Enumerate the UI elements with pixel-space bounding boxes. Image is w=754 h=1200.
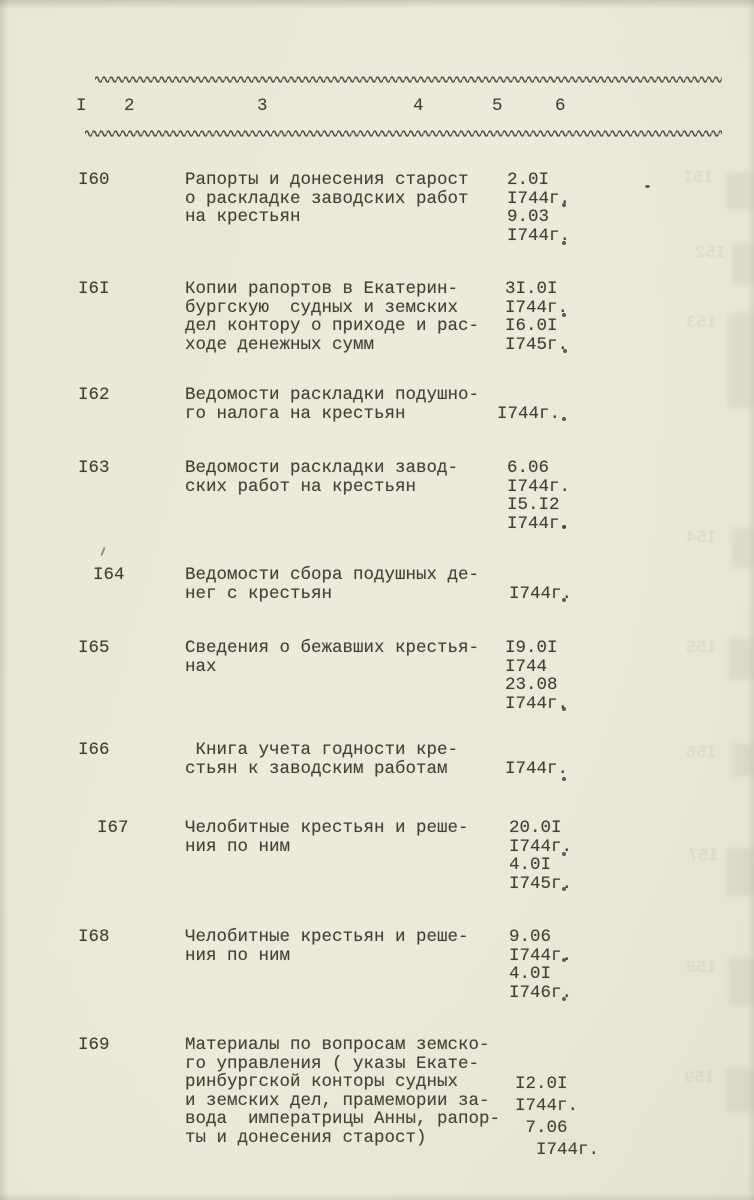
column-label-1: I: [76, 97, 87, 116]
case-description: Челобитные крестьян и реше- ния по ним: [185, 819, 469, 856]
bleed-through-number: I58: [686, 960, 717, 978]
bleed-through-number: I52: [695, 245, 726, 263]
scan-edge-shadow: [747, 0, 754, 1200]
table-row: I64 Ведомости сбора подушных де- нег с к…: [0, 566, 754, 567]
bleed-through-number: I55: [686, 640, 717, 658]
bleed-through-number: I59: [684, 1070, 715, 1088]
case-dates: 20.0I I744г. 4.0I I745г.: [509, 819, 572, 893]
ink-speck: [645, 185, 650, 188]
case-number: I6I: [78, 280, 110, 299]
case-number: I60: [78, 171, 110, 190]
case-description: Челобитные крестьян и реше- ния по ним: [185, 928, 469, 965]
case-number: I64: [93, 566, 125, 585]
case-number: I65: [78, 639, 110, 658]
ink-speck: [562, 887, 566, 891]
case-dates: 2.0I I744г. 9.03 I744г.: [507, 171, 570, 245]
table-row: I69 Материалы по вопросам земско- го упр…: [0, 1036, 754, 1037]
case-number: I62: [78, 386, 110, 405]
bleed-through-number: I57: [688, 848, 719, 866]
scan-edge-shadow: [0, 0, 9, 1200]
scanned-page: I 2 3 4 5 6 I60 Рапорты и донесения стар…: [0, 0, 754, 1200]
column-label-6: 6: [555, 97, 566, 116]
column-label-3: 3: [257, 97, 268, 116]
ink-speck: [562, 777, 566, 781]
case-description: Материалы по вопросам земско- го управле…: [185, 1036, 500, 1147]
ink-speck: [562, 958, 566, 962]
table-row: I60 Рапорты и донесения старост о раскла…: [0, 171, 754, 172]
ink-speck: [562, 525, 566, 529]
case-description: Сведения о бежавших крестья- нах: [185, 639, 479, 676]
case-dates: I2.0I I744г. 7.06 I744г.: [515, 1073, 599, 1161]
case-dates: I9.0I I744 23.08 I744г.: [505, 639, 568, 713]
case-number: I67: [97, 819, 129, 838]
column-label-4: 4: [413, 97, 424, 116]
case-description: Ведомости раскладки подушно- го налога н…: [185, 386, 479, 423]
wavy-rule-bottom: [85, 127, 722, 137]
ink-speck: [562, 313, 566, 317]
case-dates: I744г.: [505, 760, 568, 779]
table-row: I68 Челобитные крестьян и реше- ния по н…: [0, 928, 754, 929]
case-number: I66: [78, 741, 110, 760]
bleed-through-number: I56: [686, 745, 717, 763]
column-label-5: 5: [492, 97, 503, 116]
table-row: I65 Сведения о бежавших крестья- нах I9.…: [0, 639, 754, 640]
ink-speck: [562, 241, 566, 245]
case-number: I63: [78, 459, 110, 478]
case-description: Рапорты и донесения старост о раскладке …: [185, 171, 469, 227]
scan-edge-shadow: [0, 1193, 754, 1200]
table-row: I62 Ведомости раскладки подушно- го нало…: [0, 386, 754, 387]
table-row: I66 Книга учета годности кре- стьян к за…: [0, 741, 754, 742]
ink-speck: [562, 417, 566, 421]
case-description: Ведомости раскладки завод- ских работ на…: [185, 459, 458, 496]
case-number: I68: [78, 928, 110, 947]
case-dates: 3I.0I I744г. I6.0I I745г.: [505, 280, 568, 354]
pen-tick-mark: [100, 547, 105, 556]
column-label-2: 2: [124, 97, 135, 116]
wavy-rule-top: [95, 73, 722, 83]
case-number: I69: [78, 1036, 110, 1055]
bleed-through-number: I53: [686, 315, 717, 333]
ink-speck: [562, 707, 566, 711]
bleed-through-number: I54: [686, 530, 717, 548]
ink-speck: [562, 598, 566, 602]
case-dates: I744г.: [497, 405, 560, 424]
scan-edge-shadow: [0, 0, 754, 9]
case-description: Книга учета годности кре- стьян к заводс…: [185, 741, 458, 778]
bleed-through-number: I5I: [683, 170, 714, 188]
case-dates: 9.06 I744г. 4.0I I746г.: [509, 928, 572, 1002]
ink-speck: [562, 203, 566, 207]
table-row: I6I Копии рапортов в Екатерин- бургскую …: [0, 280, 754, 281]
ink-speck: [562, 852, 566, 856]
table-row: I67 Челобитные крестьян и реше- ния по н…: [0, 819, 754, 820]
case-dates: 6.06 I744г. I5.I2 I744г.: [507, 459, 570, 533]
case-description: Ведомости сбора подушных де- нег с крест…: [185, 566, 479, 603]
ink-speck: [563, 349, 567, 353]
ink-speck: [562, 997, 566, 1001]
case-description: Копии рапортов в Екатерин- бургскую судн…: [185, 280, 479, 354]
table-row: I63 Ведомости раскладки завод- ских рабо…: [0, 459, 754, 460]
